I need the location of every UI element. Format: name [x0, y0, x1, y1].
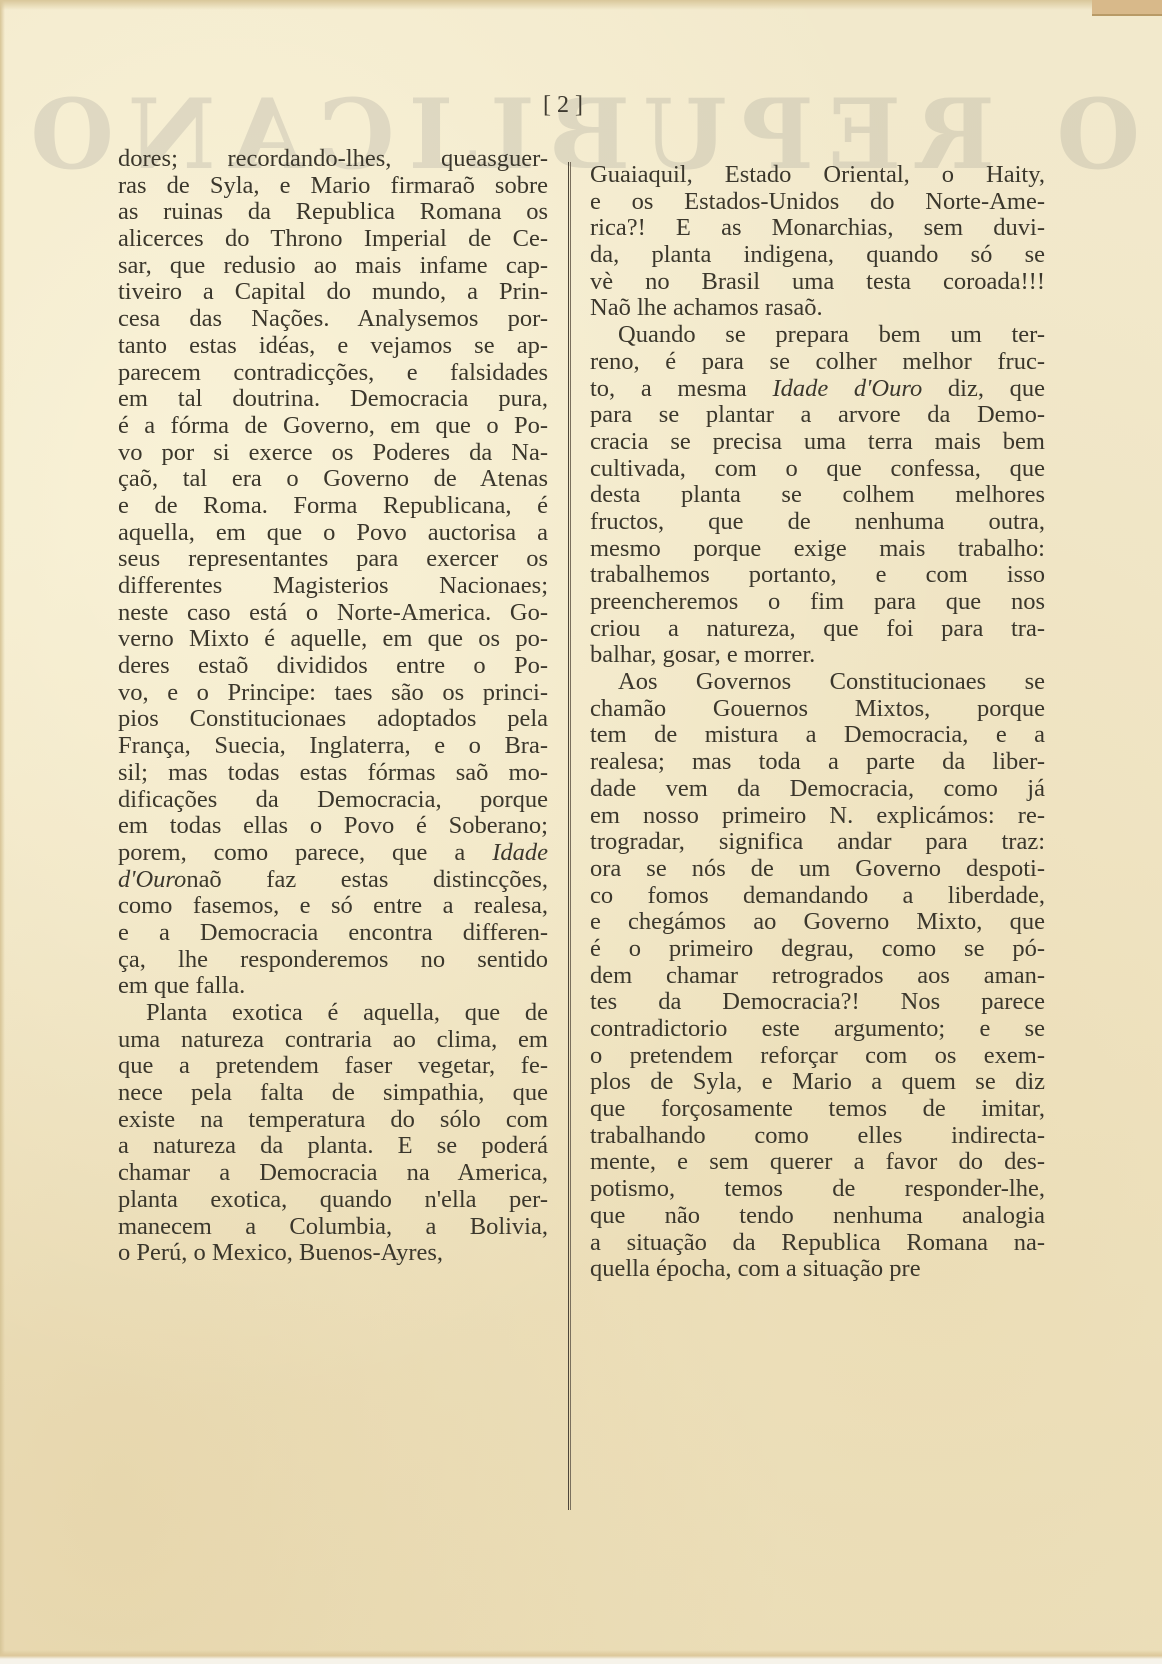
right-column: Guaiaquil, Estado Oriental, o Haity,e os…: [590, 162, 1045, 1283]
line-text: ça, lhe responderemos no sentido: [118, 946, 548, 973]
line-text: çaõ, tal era o Governo de Atenas: [118, 465, 548, 492]
line-text: tanto estas idéas, e vejamos se ap-: [118, 332, 548, 359]
line-text: Planta exotica é aquella, que de: [146, 999, 548, 1026]
line-text: rica?! E as Monarchias, sem duvi-: [590, 214, 1045, 241]
line-text: Naõ lhe achamos rasaõ.: [590, 294, 823, 321]
text-line: tem de mistura a Democracia, e a: [590, 722, 1045, 749]
line-text: quella épocha, com a situação pre: [590, 1255, 921, 1282]
line-text: potismo, temos de responder-lhe,: [590, 1175, 1045, 1202]
text-line: mesmo porque exige mais trabalho:: [590, 536, 1045, 563]
line-text: vè no Brasil uma testa coroada!!!: [590, 268, 1045, 295]
text-line: e a Democracia encontra differen-: [118, 920, 548, 947]
line-text: vo por si exerce os Poderes da Na-: [118, 439, 548, 466]
line-text: tiveiro a Capital do mundo, a Prin-: [118, 278, 548, 305]
line-text: parecem contradicções, e falsidades: [118, 359, 548, 386]
text-line: sil; mas todas estas fórmas saõ mo-: [118, 760, 548, 787]
document-page: O REPUBLICANO [ 2 ] dores; recordando-lh…: [0, 0, 1162, 1664]
line-text: verno Mixto é aquelle, em que os po-: [118, 625, 548, 652]
text-line: planta exotica, quando n'ella per-: [118, 1187, 548, 1214]
line-text: dem chamar retrogrados aos aman-: [590, 962, 1045, 989]
line-text: e de Roma. Forma Republicana, é: [118, 492, 548, 519]
line-text: balhar, gosar, e morrer.: [590, 641, 815, 668]
line-text: mesmo porque exige mais trabalho:: [590, 535, 1045, 562]
line-text: a situação da Republica Romana na-: [590, 1229, 1045, 1256]
line-text: co fomos demandando a liberdade,: [590, 882, 1045, 909]
paper-bottom-edge: [0, 1650, 1162, 1664]
italic-title: d'Ouro: [118, 866, 186, 893]
text-line: e os Estados-Unidos do Norte-Ame-: [590, 189, 1045, 216]
text-line: chamão Gouernos Mixtos, porque: [590, 696, 1045, 723]
line-text: cultivada, com o que confessa, que: [590, 455, 1045, 482]
text-line: o pretendem reforçar com os exem-: [590, 1043, 1045, 1070]
text-line: tes da Democracia?! Nos parece: [590, 989, 1045, 1016]
line-text: pios Constitucionaes adoptados pela: [118, 705, 548, 732]
line-text: ras de Syla, e Mario firmaraõ sobre: [118, 172, 548, 199]
line-text: em todas ellas o Povo é Soberano;: [118, 812, 548, 839]
italic-title: Idade d'Ouro: [772, 375, 922, 402]
italic-title: Idade: [492, 839, 548, 866]
text-line: vo por si exerce os Poderes da Na-: [118, 440, 548, 467]
line-text: deres estaõ divididos entre o Po-: [118, 652, 548, 679]
text-line: para se plantar a arvore da Demo-: [590, 402, 1045, 429]
text-line: a situação da Republica Romana na-: [590, 1230, 1045, 1257]
text-line: uma natureza contraria ao clima, em: [118, 1027, 548, 1054]
line-text: to, a mesma: [590, 375, 772, 402]
text-line: differentes Magisterios Nacionaes;: [118, 573, 548, 600]
line-text: sar, que redusio ao mais infame cap-: [118, 252, 548, 279]
text-line: em nosso primeiro N. explicámos: re-: [590, 803, 1045, 830]
text-line: preencheremos o fim para que nos: [590, 589, 1045, 616]
line-text: o pretendem reforçar com os exem-: [590, 1042, 1045, 1069]
text-line: porem, como parece, que a Idade: [118, 840, 548, 867]
line-text: para se plantar a arvore da Demo-: [590, 401, 1045, 428]
line-text: cesa das Nações. Analysemos por-: [118, 305, 548, 332]
line-text: trogradar, significa andar para traz:: [590, 828, 1045, 855]
text-line: Guaiaquil, Estado Oriental, o Haity,: [590, 162, 1045, 189]
line-text: existe na temperatura do sólo com: [118, 1106, 548, 1133]
line-text: nece pela falta de simpathia, que: [118, 1079, 548, 1106]
text-line: as ruinas da Republica Romana os: [118, 199, 548, 226]
text-line: o Perú, o Mexico, Buenos-Ayres,: [118, 1240, 548, 1267]
line-text: como fasemos, e só entre a realesa,: [118, 892, 548, 919]
text-line: chamar a Democracia na America,: [118, 1160, 548, 1187]
line-text: contradictorio este argumento; e se: [590, 1015, 1045, 1042]
line-text: mente, e sem querer a favor do des-: [590, 1148, 1045, 1175]
text-line: é o primeiro degrau, como se pó-: [590, 936, 1045, 963]
text-line: vo, e o Principe: taes são os princi-: [118, 680, 548, 707]
line-text: é o primeiro degrau, como se pó-: [590, 935, 1045, 962]
text-line: cesa das Nações. Analysemos por-: [118, 306, 548, 333]
text-line: dem chamar retrogrados aos aman-: [590, 963, 1045, 990]
text-line: em todas ellas o Povo é Soberano;: [118, 813, 548, 840]
line-text: trabalhando como elles indirecta-: [590, 1122, 1045, 1149]
text-line: existe na temperatura do sólo com: [118, 1107, 548, 1134]
text-line: e chegámos ao Governo Mixto, que: [590, 909, 1045, 936]
text-line: contradictorio este argumento; e se: [590, 1016, 1045, 1043]
text-line: dores; recordando-lhes, queasguer-: [118, 146, 548, 173]
text-line: seus representantes para exercer os: [118, 546, 548, 573]
text-line: da, planta indigena, quando só se: [590, 242, 1045, 269]
line-text: planta exotica, quando n'ella per-: [118, 1186, 548, 1213]
page-number: [ 2 ]: [528, 92, 598, 119]
text-line: trabalhando como elles indirecta-: [590, 1123, 1045, 1150]
text-line: França, Suecia, Inglaterra, e o Bra-: [118, 733, 548, 760]
line-text: manecem a Columbia, a Bolivia,: [118, 1213, 548, 1240]
text-line: Planta exotica é aquella, que de: [118, 1000, 548, 1027]
column-divider: [568, 162, 571, 1510]
line-text: que a pretendem faser vegetar, fe-: [118, 1052, 548, 1079]
text-line: pios Constitucionaes adoptados pela: [118, 706, 548, 733]
line-text: plos de Syla, e Mario a quem se diz: [590, 1068, 1045, 1095]
line-text: tes da Democracia?! Nos parece: [590, 988, 1045, 1015]
text-line: ora se nós de um Governo despoti-: [590, 856, 1045, 883]
line-text: em nosso primeiro N. explicámos: re-: [590, 802, 1045, 829]
text-line: balhar, gosar, e morrer.: [590, 642, 1045, 669]
line-text: e a Democracia encontra differen-: [118, 919, 548, 946]
line-text: criou a natureza, que foi para tra-: [590, 615, 1045, 642]
text-line: realesa; mas toda a parte da liber-: [590, 749, 1045, 776]
line-text: em que falla.: [118, 972, 245, 999]
paper-top-edge: [0, 0, 1162, 10]
line-text: que forçosamente temos de imitar,: [590, 1095, 1045, 1122]
line-text: as ruinas da Republica Romana os: [118, 198, 548, 225]
text-line: que a pretendem faser vegetar, fe-: [118, 1053, 548, 1080]
line-text: Aos Governos Constitucionaes se: [618, 668, 1045, 695]
line-text: seus representantes para exercer os: [118, 545, 548, 572]
line-text: dores; recordando-lhes, queasguer-: [118, 145, 548, 172]
text-line: ras de Syla, e Mario firmaraõ sobre: [118, 173, 548, 200]
text-line: alicerces do Throno Imperial de Ce-: [118, 226, 548, 253]
text-line: manecem a Columbia, a Bolivia,: [118, 1214, 548, 1241]
text-line: d'Ouronaõ faz estas distincções,: [118, 867, 548, 894]
text-line: ça, lhe responderemos no sentido: [118, 947, 548, 974]
line-text: diz, que: [922, 375, 1045, 402]
text-line: e de Roma. Forma Republicana, é: [118, 493, 548, 520]
text-line: em que falla.: [118, 973, 548, 1000]
text-line: Aos Governos Constitucionaes se: [590, 669, 1045, 696]
line-text: differentes Magisterios Nacionaes;: [118, 572, 548, 599]
text-line: reno, é para se colher melhor fruc-: [590, 349, 1045, 376]
line-text: que não tendo nenhuma analogia: [590, 1202, 1045, 1229]
line-text: aquella, em que o Povo auctorisa a: [118, 519, 548, 546]
line-text: realesa; mas toda a parte da liber-: [590, 748, 1045, 775]
text-line: vè no Brasil uma testa coroada!!!: [590, 269, 1045, 296]
line-text: trabalhemos portanto, e com isso: [590, 561, 1045, 588]
text-line: plos de Syla, e Mario a quem se diz: [590, 1069, 1045, 1096]
text-line: verno Mixto é aquelle, em que os po-: [118, 626, 548, 653]
text-line: como fasemos, e só entre a realesa,: [118, 893, 548, 920]
line-text: reno, é para se colher melhor fruc-: [590, 348, 1045, 375]
line-text: e chegámos ao Governo Mixto, que: [590, 908, 1045, 935]
text-line: que forçosamente temos de imitar,: [590, 1096, 1045, 1123]
paper-torn-tab: [1092, 0, 1162, 16]
line-text: sil; mas todas estas fórmas saõ mo-: [118, 759, 548, 786]
text-line: trabalhemos portanto, e com isso: [590, 562, 1045, 589]
text-line: neste caso está o Norte-America. Go-: [118, 600, 548, 627]
text-line: çaõ, tal era o Governo de Atenas: [118, 466, 548, 493]
paper-left-edge: [0, 0, 5, 1664]
text-line: quella épocha, com a situação pre: [590, 1256, 1045, 1283]
text-line: nece pela falta de simpathia, que: [118, 1080, 548, 1107]
text-line: tanto estas idéas, e vejamos se ap-: [118, 333, 548, 360]
text-line: é a fórma de Governo, em que o Po-: [118, 413, 548, 440]
line-text: fructos, que de nenhuma outra,: [590, 508, 1045, 535]
line-text: preencheremos o fim para que nos: [590, 588, 1045, 615]
line-text: chamar a Democracia na America,: [118, 1159, 548, 1186]
text-line: que não tendo nenhuma analogia: [590, 1203, 1045, 1230]
line-text: desta planta se colhem melhores: [590, 481, 1045, 508]
text-line: potismo, temos de responder-lhe,: [590, 1176, 1045, 1203]
text-line: sar, que redusio ao mais infame cap-: [118, 253, 548, 280]
text-line: em tal doutrina. Democracia pura,: [118, 386, 548, 413]
line-text: o Perú, o Mexico, Buenos-Ayres,: [118, 1239, 443, 1266]
text-line: fructos, que de nenhuma outra,: [590, 509, 1045, 536]
line-text: chamão Gouernos Mixtos, porque: [590, 695, 1045, 722]
line-text: porem, como parece, que a: [118, 839, 492, 866]
text-line: parecem contradicções, e falsidades: [118, 360, 548, 387]
line-text: a natureza da planta. E se poderá: [118, 1132, 548, 1159]
text-line: dificações da Democracia, porque: [118, 787, 548, 814]
line-text: e os Estados-Unidos do Norte-Ame-: [590, 188, 1045, 215]
line-text: da, planta indigena, quando só se: [590, 241, 1045, 268]
text-line: cultivada, com o que confessa, que: [590, 456, 1045, 483]
line-text: ora se nós de um Governo despoti-: [590, 855, 1045, 882]
text-line: aquella, em que o Povo auctorisa a: [118, 520, 548, 547]
text-line: to, a mesma Idade d'Ouro diz, que: [590, 376, 1045, 403]
line-text: é a fórma de Governo, em que o Po-: [118, 412, 548, 439]
text-line: Quando se prepara bem um ter-: [590, 322, 1045, 349]
text-line: tiveiro a Capital do mundo, a Prin-: [118, 279, 548, 306]
text-line: trogradar, significa andar para traz:: [590, 829, 1045, 856]
line-text: uma natureza contraria ao clima, em: [118, 1026, 548, 1053]
line-text: tem de mistura a Democracia, e a: [590, 721, 1045, 748]
line-text: naõ faz estas distincções,: [186, 866, 548, 893]
line-text: dade vem da Democracia, como já: [590, 775, 1045, 802]
text-line: deres estaõ divididos entre o Po-: [118, 653, 548, 680]
line-text: dificações da Democracia, porque: [118, 786, 548, 813]
text-line: cracia se precisa uma terra mais bem: [590, 429, 1045, 456]
left-column: dores; recordando-lhes, queasguer-ras de…: [118, 146, 548, 1267]
line-text: França, Suecia, Inglaterra, e o Bra-: [118, 732, 548, 759]
text-line: mente, e sem querer a favor do des-: [590, 1149, 1045, 1176]
line-text: neste caso está o Norte-America. Go-: [118, 599, 548, 626]
line-text: em tal doutrina. Democracia pura,: [118, 385, 548, 412]
text-line: Naõ lhe achamos rasaõ.: [590, 295, 1045, 322]
text-line: criou a natureza, que foi para tra-: [590, 616, 1045, 643]
line-text: alicerces do Throno Imperial de Ce-: [118, 225, 548, 252]
line-text: Quando se prepara bem um ter-: [618, 321, 1045, 348]
text-line: desta planta se colhem melhores: [590, 482, 1045, 509]
text-line: a natureza da planta. E se poderá: [118, 1133, 548, 1160]
text-line: dade vem da Democracia, como já: [590, 776, 1045, 803]
line-text: Guaiaquil, Estado Oriental, o Haity,: [590, 161, 1045, 188]
text-line: rica?! E as Monarchias, sem duvi-: [590, 215, 1045, 242]
line-text: vo, e o Principe: taes são os princi-: [118, 679, 548, 706]
text-line: co fomos demandando a liberdade,: [590, 883, 1045, 910]
line-text: cracia se precisa uma terra mais bem: [590, 428, 1045, 455]
